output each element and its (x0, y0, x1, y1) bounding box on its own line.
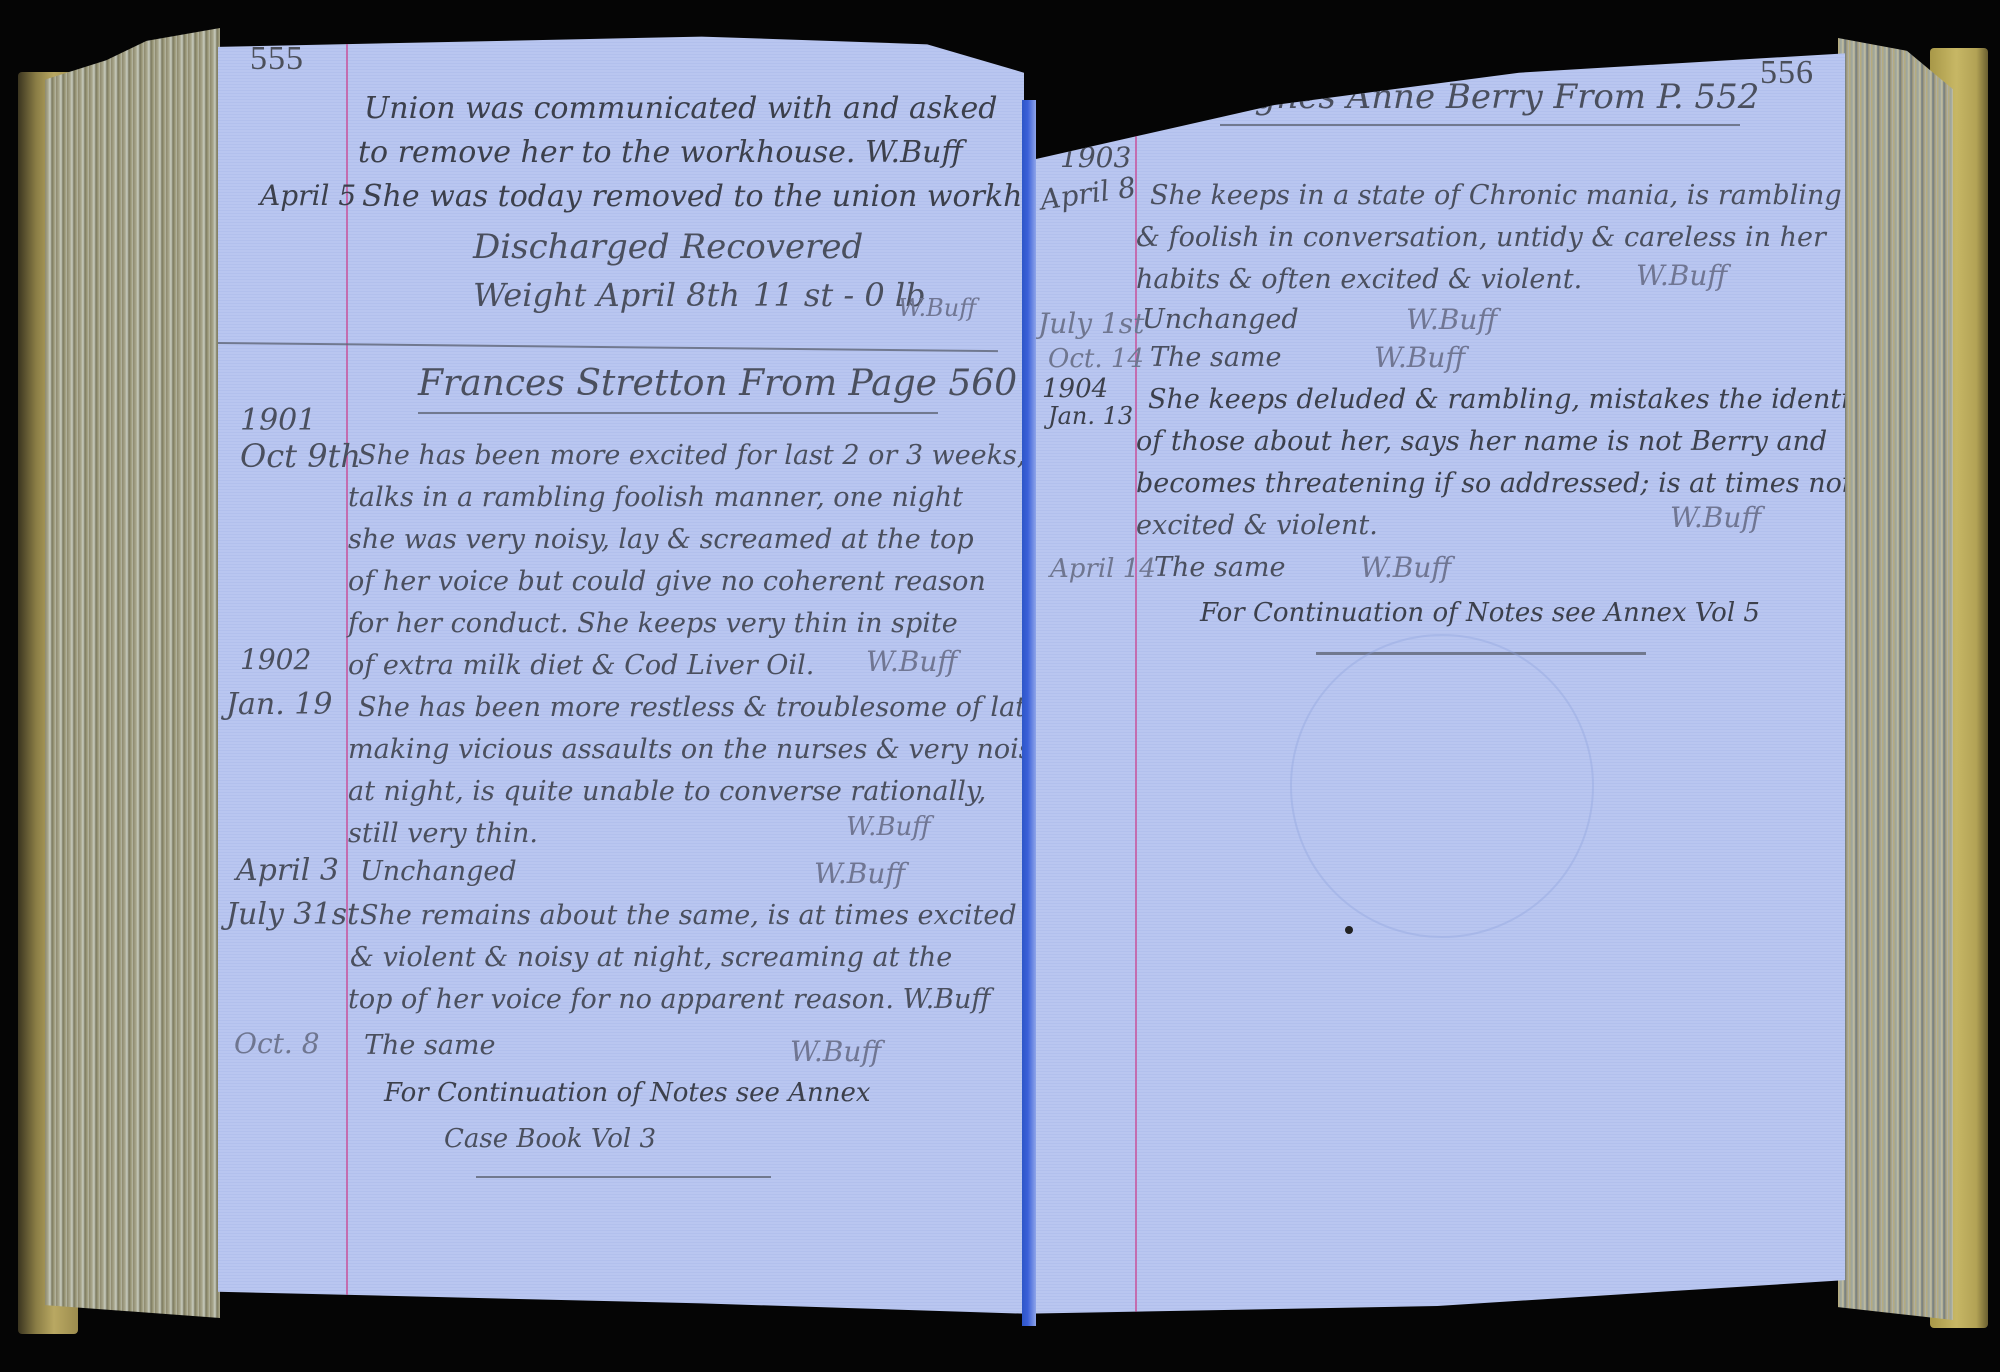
signature: W.Buff (898, 296, 976, 320)
entry-line: Unchanged (360, 858, 517, 885)
discharge-status: Discharged Recovered (473, 230, 863, 264)
signature: W.Buff (790, 1038, 881, 1066)
patient-heading: Agnes Anne Berry From P. 552 (1230, 80, 1759, 114)
entry-line: She was today removed to the union workh… (362, 182, 1093, 212)
entry-line: becomes threatening if so addressed; is … (1136, 470, 1880, 497)
entry-date: Jan. 19 (226, 690, 332, 720)
entry-date: Oct. 14 (1048, 346, 1144, 372)
entry-line: The same (1150, 344, 1282, 371)
section-divider (208, 342, 998, 352)
entry-line: talks in a rambling foolish manner, one … (348, 484, 963, 511)
signature: W.Buff (1374, 344, 1465, 372)
entry-date: July 31st (226, 900, 359, 930)
ink-spot (1345, 926, 1353, 934)
signature: W.Buff (1670, 504, 1761, 532)
entry-line: excited & violent. (1136, 512, 1378, 539)
heading-underline (1220, 124, 1740, 126)
entry-line: & violent & noisy at night, screaming at… (350, 944, 952, 971)
page-stack-right (1838, 38, 1953, 1320)
weight-label: Weight April 8th (473, 279, 740, 311)
entry-line: at night, is quite unable to converse ra… (348, 778, 986, 805)
entry-date: April 8 (1039, 173, 1138, 214)
signature: W.Buff (866, 648, 957, 676)
entry-line: She keeps deluded & rambling, mistakes t… (1148, 386, 1876, 413)
entry-date: Oct. 8 (234, 1030, 320, 1058)
entry-year: 1901 (240, 406, 316, 436)
book-gutter (1022, 100, 1036, 1326)
entry-line: of her voice but could give no coherent … (348, 568, 986, 595)
left-page: 555 Union was communicated with and aske… (218, 34, 1024, 1324)
entry-date: Jan. 13 (1048, 404, 1133, 428)
entry-date: Oct 9th (240, 440, 361, 472)
entry-line: making vicious assaults on the nurses & … (348, 736, 1048, 763)
entry-line: She has been more excited for last 2 or … (358, 442, 1025, 469)
faint-stamp-mark (1290, 634, 1594, 938)
right-page: 556 Agnes Anne Berry From P. 552 1903 Ap… (1030, 34, 1845, 1324)
entry-date: July 1st (1038, 310, 1144, 338)
entry-line: Union was communicated with and asked (364, 94, 997, 124)
entry-line: The same (1154, 554, 1286, 581)
patient-heading: Frances Stretton From Page 560 (418, 366, 1017, 402)
page-stack-left (45, 28, 220, 1318)
entry-line: for her conduct. She keeps very thin in … (348, 610, 958, 637)
entry-line: she was very noisy, lay & screamed at th… (348, 526, 974, 553)
entry-line: & foolish in conversation, untidy & care… (1136, 224, 1826, 251)
signature: W.Buff (1636, 262, 1727, 290)
entry-line: of extra milk diet & Cod Liver Oil. (348, 652, 814, 679)
entry-line: top of her voice for no apparent reason.… (348, 986, 991, 1013)
page-number: 556 (1760, 54, 1814, 92)
entry-line: The same (364, 1032, 496, 1059)
entry-line: habits & often excited & violent. (1136, 266, 1582, 293)
entry-year: 1904 (1042, 376, 1108, 402)
signature: W.Buff (1406, 306, 1497, 334)
entry-year: 1903 (1060, 144, 1131, 172)
heading-underline (418, 412, 938, 414)
entry-date: April 3 (236, 856, 339, 886)
closing-note: Case Book Vol 3 (444, 1126, 656, 1152)
section-divider (476, 1176, 771, 1178)
entry-line: of those about her, says her name is not… (1136, 428, 1827, 455)
entry-line: She has been more restless & troublesome… (358, 694, 1042, 721)
entry-line: still very thin. (348, 820, 538, 847)
entry-line: She remains about the same, is at times … (360, 902, 1017, 929)
closing-note: For Continuation of Notes see Annex Vol … (1200, 600, 1760, 626)
entry-line: to remove her to the workhouse. W.Buff (358, 138, 963, 168)
entry-year: 1902 (240, 646, 311, 674)
entry-date: April 14 (1050, 556, 1156, 582)
entry-line: Unchanged (1142, 306, 1299, 333)
page-number: 555 (250, 40, 304, 78)
signature: W.Buff (1360, 554, 1451, 582)
entry-line: She keeps in a state of Chronic mania, i… (1150, 182, 1842, 209)
signature: W.Buff (846, 814, 931, 840)
entry-date: April 5 (260, 182, 356, 210)
signature: W.Buff (814, 860, 905, 888)
closing-note: For Continuation of Notes see Annex (384, 1080, 871, 1106)
